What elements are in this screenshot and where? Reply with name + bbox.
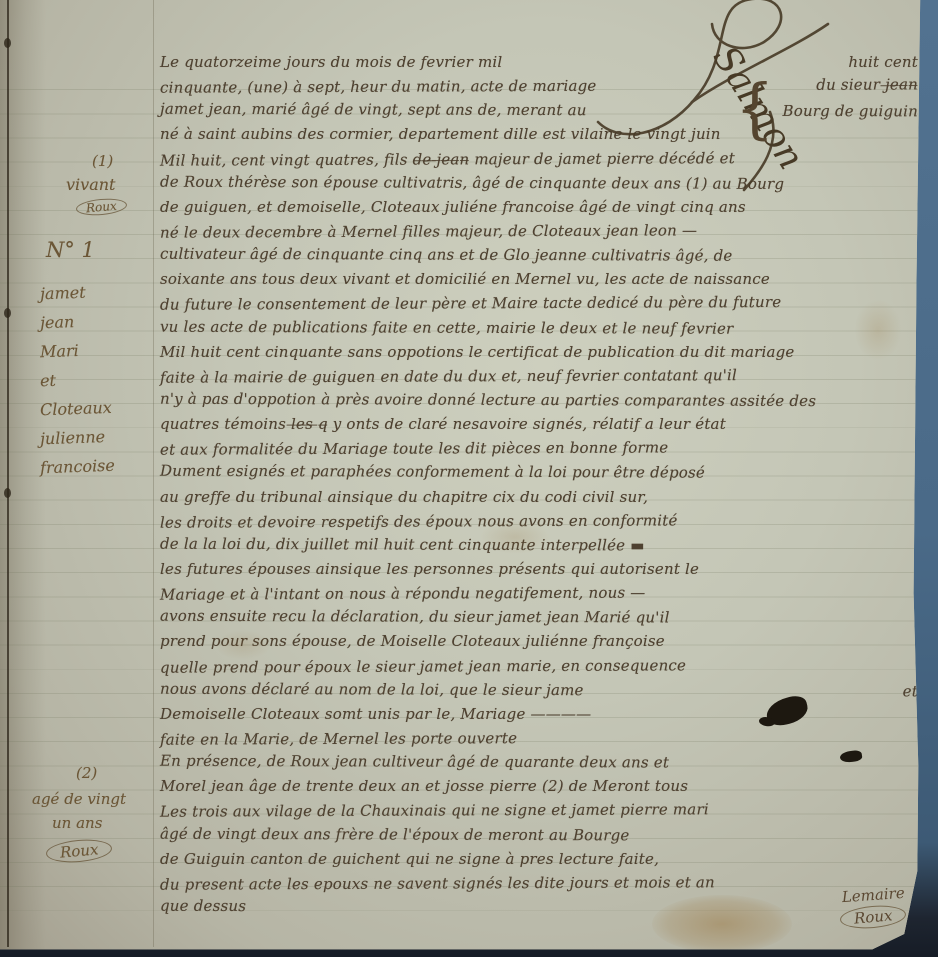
line-text: de Guiguin canton de guichent qui ne sig… <box>160 847 659 871</box>
scanned-register-page: Le quatorzeime jours du mois de fevrier … <box>0 0 938 957</box>
margin-name: Cloteaux <box>40 393 116 425</box>
margin-signature-roux-2: Roux <box>46 840 112 862</box>
act-parties-names: jametjeanMarietCloteauxjuliennefrancoise <box>40 278 115 481</box>
line-text: Mil huit cent cinquante sans oppotions l… <box>160 340 795 364</box>
manuscript-line: prend pour sons épouse, de Moiselle Clot… <box>160 629 918 653</box>
manuscript-line: quatres témoins l̶e̶s̶ ̶q̶ y onts de cla… <box>160 412 918 436</box>
line-text: de la la loi du, dix juillet mil huit ce… <box>160 531 645 557</box>
line-text: Dument esignés et paraphées conformement… <box>160 459 705 485</box>
line-text: Demoiselle Cloteaux somt unis par le, Ma… <box>160 702 591 726</box>
stitch-knot <box>4 38 11 48</box>
manuscript-line: du future le consentement de leur père e… <box>160 290 918 317</box>
line-text: nous avons déclaré au nom de la loi, que… <box>160 676 584 702</box>
margin-note-age-2: un ans <box>52 814 102 832</box>
line-text: jamet jean, marié âgé de vingt, sept ans… <box>160 97 587 123</box>
salmon-flourish-signature: Salmon <box>592 0 848 194</box>
line-text: cultivateur âgé de cinquante cinq ans et… <box>160 242 733 268</box>
manuscript-line: vu les acte de publications faite en cet… <box>160 314 918 341</box>
line-text: En présence, de Roux jean cultiveur âgé … <box>160 749 669 775</box>
manuscript-line: faite en la Marie, de Mernel les porte o… <box>160 724 918 751</box>
manuscript-line: Les trois aux vilage de la Chauxinais qu… <box>160 797 918 824</box>
line-right-text: et <box>891 679 918 703</box>
line-text: prend pour sons épouse, de Moiselle Clot… <box>160 629 665 653</box>
line-text: les futures épouses ainsique les personn… <box>160 557 699 581</box>
officer-name: Lemaire <box>839 884 907 907</box>
manuscript-line: et aux formalitée du Mariage toute les d… <box>160 435 918 462</box>
manuscript-line: avons ensuite recu la déclaration, du si… <box>160 604 918 631</box>
manuscript-line: les futures épouses ainsique les personn… <box>160 557 918 581</box>
signature-oval: Roux <box>45 837 113 865</box>
line-text: Morel jean âge de trente deux an et joss… <box>160 774 688 798</box>
line-text: les droits et devoire respetifs des épou… <box>160 508 678 534</box>
margin-note-age-1: agé de vingt <box>32 790 126 808</box>
manuscript-line: En présence, de Roux jean cultiveur âgé … <box>160 749 918 776</box>
margin-name: francoise <box>40 451 116 483</box>
manuscript-line: soixante ans tous deux vivant et domicil… <box>160 267 918 291</box>
stitch-knot <box>4 308 11 318</box>
line-text: vu les acte de publications faite en cet… <box>160 314 734 340</box>
line-text: âgé de vingt deux ans frère de l'époux d… <box>160 821 630 847</box>
line-text: soixante ans tous deux vivant et domicil… <box>160 267 770 291</box>
manuscript-paper: Le quatorzeime jours du mois de fevrier … <box>0 0 938 957</box>
manuscript-line: du present acte les epouxs ne savent sig… <box>160 869 918 896</box>
manuscript-line: Mil huit cent cinquante sans oppotions l… <box>160 340 918 364</box>
line-text: né le deux decembre à Mernel filles maje… <box>160 218 697 244</box>
manuscript-line: de Guiguin canton de guichent qui ne sig… <box>160 847 918 871</box>
manuscript-line: faite à la mairie de guiguen en date du … <box>160 362 918 389</box>
manuscript-line: de guiguen, et demoiselle, Cloteaux juli… <box>160 195 918 219</box>
signature-oval: Roux <box>75 197 127 217</box>
line-text: faite à la mairie de guiguen en date du … <box>160 363 737 390</box>
stitch-knot <box>4 488 11 498</box>
manuscript-line: quelle prend pour époux le sieur jamet j… <box>160 652 918 679</box>
margin-name: Mari <box>40 335 116 367</box>
margin-name: jean <box>40 306 116 338</box>
line-text: du future le consentement de leur père e… <box>160 290 781 317</box>
line-text: Les trois aux vilage de la Chauxinais qu… <box>160 798 709 825</box>
manuscript-line: n'y à pas d'oppotion à près avoire donné… <box>160 387 918 414</box>
line-text: du present acte les epouxs ne savent sig… <box>160 870 715 897</box>
manuscript-line: au greffe du tribunal ainsique du chapit… <box>160 485 918 509</box>
manuscript-line: âgé de vingt deux ans frère de l'époux d… <box>160 821 918 848</box>
margin-ref-1: (1) <box>92 152 113 170</box>
closing-signature-oval: Roux <box>839 903 907 931</box>
margin-name: jamet <box>40 277 116 309</box>
manuscript-line: Morel jean âge de trente deux an et joss… <box>160 774 918 798</box>
line-text: quelle prend pour époux le sieur jamet j… <box>160 653 686 679</box>
manuscript-line: né le deux decembre à Mernel filles maje… <box>160 217 918 244</box>
manuscript-line: que dessus <box>160 894 918 921</box>
margin-name: julienne <box>40 422 116 454</box>
manuscript-line: de la la loi du, dix juillet mil huit ce… <box>160 531 918 558</box>
binding-stitch <box>7 0 9 947</box>
line-text: quatres témoins l̶e̶s̶ ̶q̶ y onts de cla… <box>160 412 726 436</box>
margin-rule <box>153 0 154 947</box>
line-text: au greffe du tribunal ainsique du chapit… <box>160 485 648 509</box>
line-text: avons ensuite recu la déclaration, du si… <box>160 604 670 630</box>
line-text: que dessus <box>160 894 246 918</box>
margin-note-vivant: vivant <box>66 175 115 194</box>
line-text: Le quatorzeime jours du mois de fevrier … <box>160 50 502 74</box>
line-text: n'y à pas d'oppotion à près avoire donné… <box>160 387 816 413</box>
closing-signatures: Lemaire Roux <box>840 886 906 928</box>
line-right-text: huit cent <box>836 50 918 74</box>
margin-ref-2: (2) <box>76 764 97 782</box>
brace-mark: { <box>735 70 774 147</box>
act-number: N° 1 <box>46 238 95 262</box>
margin-name: et <box>40 364 116 396</box>
manuscript-line: Dument esignés et paraphées conformement… <box>160 459 918 486</box>
manuscript-line: cultivateur âgé de cinquante cinq ans et… <box>160 242 918 269</box>
manuscript-line: les droits et devoire respetifs des épou… <box>160 507 918 534</box>
margin-signature-roux-1: Roux <box>76 196 127 215</box>
manuscript-line: Mariage et à l'intant on nous à répondu … <box>160 579 918 606</box>
line-text: de guiguen, et demoiselle, Cloteaux juli… <box>160 195 746 219</box>
